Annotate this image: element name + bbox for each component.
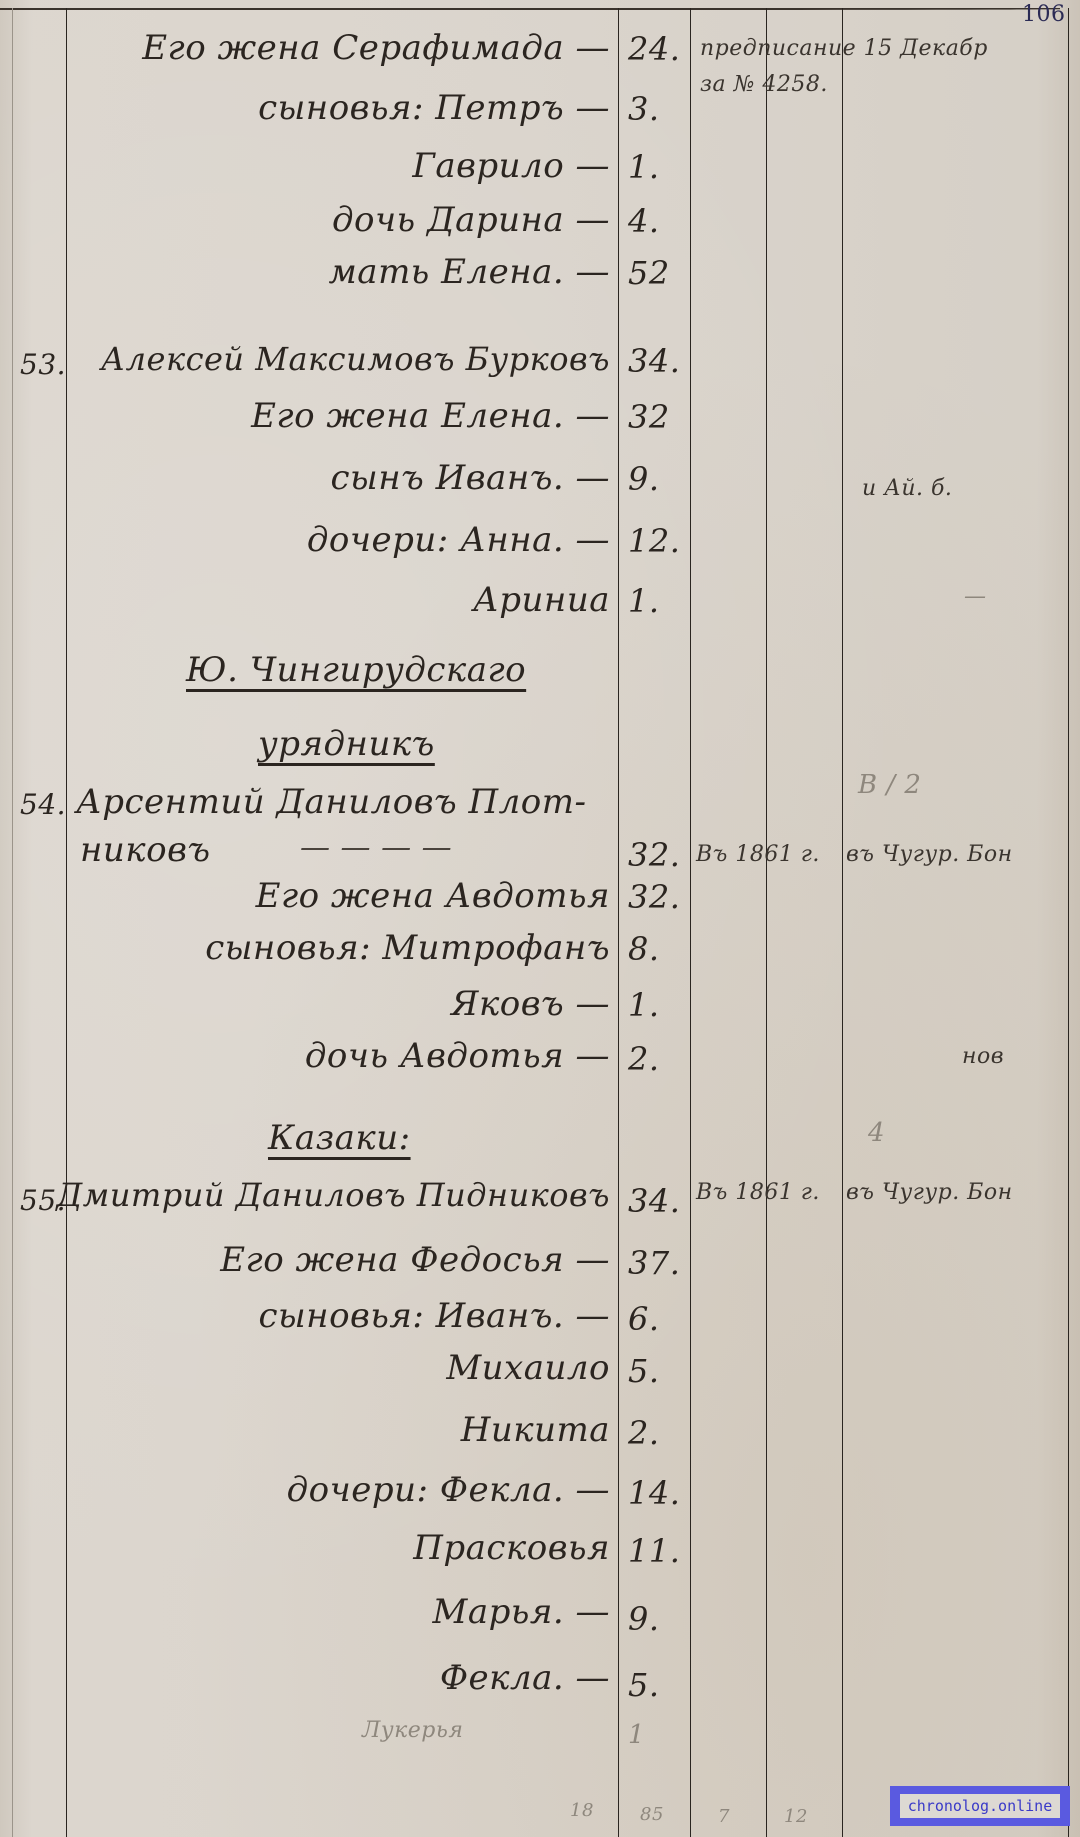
col3-note: Въ 1861 г. xyxy=(696,842,820,867)
entry-name: мать Елена. — xyxy=(329,252,610,292)
entry-age: 3. xyxy=(628,90,660,128)
entry-age: 1. xyxy=(628,148,660,186)
entry-name: Марья. — xyxy=(433,1592,611,1632)
age-column-rule xyxy=(690,8,691,1837)
column-total: 7 xyxy=(718,1806,730,1827)
entry-name: Его жена Авдотья xyxy=(256,876,610,916)
entry-age: 52 xyxy=(628,254,670,292)
top-border-rule xyxy=(0,8,1060,10)
name-column-rule xyxy=(618,8,619,1837)
entry-age: 9. xyxy=(628,460,660,498)
entry-age: 5. xyxy=(628,1666,660,1704)
entry-age: 4. xyxy=(628,202,660,240)
top-note-line1: предписание 15 Декабр xyxy=(700,36,988,61)
entry-name: Его жена Федосья — xyxy=(220,1240,610,1280)
watermark-badge: chronolog.online xyxy=(890,1786,1070,1826)
left-edge-rule xyxy=(12,8,13,1837)
page-number: 106 xyxy=(1022,2,1066,27)
document-page: 106 предписание 15 Декабр за № 4258. Его… xyxy=(0,0,1080,1837)
entry-age: 2. xyxy=(628,1414,660,1452)
entry-age: 11. xyxy=(628,1532,680,1570)
entry-name: дочь Авдотья — xyxy=(305,1036,610,1076)
entry-age: 1. xyxy=(628,582,660,620)
rownum-column-rule xyxy=(66,8,67,1837)
entry-age: 2. xyxy=(628,1040,660,1078)
entry-age: 34. xyxy=(628,342,680,380)
entry-name-line2: никовъ xyxy=(80,830,211,870)
entry-name: Никита xyxy=(461,1410,610,1450)
entry-age: 8. xyxy=(628,930,660,968)
pencil-mark: 4 xyxy=(868,1118,885,1148)
watermark-text: chronolog.online xyxy=(900,1794,1061,1818)
col4-note: въ Чугур. Бон xyxy=(846,1180,1013,1205)
entry-name: Яковъ — xyxy=(451,984,610,1024)
entry-age: 34. xyxy=(628,1182,680,1220)
entry-name: сынъ Иванъ. — xyxy=(331,458,610,498)
section-heading: Казаки: xyxy=(268,1118,411,1158)
entry-name: сыновья: Митрофанъ xyxy=(205,928,610,968)
entry-name: Алексей Максимовъ Бурковъ xyxy=(101,340,610,378)
col3-note: Въ 1861 г. xyxy=(696,1180,820,1205)
column-total: 12 xyxy=(784,1806,808,1827)
row-number: 54. xyxy=(20,788,66,821)
entry-age-pencil: 1 xyxy=(628,1720,645,1750)
column-total: 18 xyxy=(570,1800,594,1821)
col4-note: въ Чугур. Бон xyxy=(846,842,1013,867)
margin-note: и Ай. б. xyxy=(862,476,952,501)
col3-rule xyxy=(766,8,767,1837)
entry-name: сыновья: Петръ — xyxy=(258,88,610,128)
entry-name: дочери: Фекла. — xyxy=(287,1470,610,1510)
entry-age: 32. xyxy=(628,878,680,916)
right-edge-rule xyxy=(1068,8,1069,1837)
entry-name: Фекла. — xyxy=(440,1658,610,1698)
entry-name: Его жена Елена. — xyxy=(251,396,610,436)
row-number: 53. xyxy=(20,348,66,381)
entry-name: Ариниа xyxy=(473,580,610,620)
entry-age: 5. xyxy=(628,1352,660,1390)
entry-age: 1. xyxy=(628,986,660,1024)
entry-name-pencil: Лукерья xyxy=(362,1718,463,1743)
margin-note: нов xyxy=(962,1044,1004,1069)
entry-name: Дмитрий Даниловъ Пидниковъ xyxy=(56,1176,610,1214)
entry-name: Гаврило — xyxy=(412,146,610,186)
entry-age: 37. xyxy=(628,1244,680,1282)
section-heading: Ю. Чингирудскаго xyxy=(186,650,526,690)
entry-age: 32. xyxy=(628,836,680,874)
dash-leader: — — — — xyxy=(300,830,452,865)
pencil-mark: В / 2 xyxy=(858,770,921,800)
entry-name: Михаило xyxy=(446,1348,610,1388)
column-total: 85 xyxy=(640,1804,664,1825)
col4-rule xyxy=(842,8,843,1837)
entry-age: 12. xyxy=(628,522,680,560)
entry-name-line1: Арсентий Даниловъ Плот- xyxy=(76,782,587,822)
entry-age: 32 xyxy=(628,398,670,436)
entry-age: 6. xyxy=(628,1300,660,1338)
top-note-line2: за № 4258. xyxy=(700,72,828,97)
entry-name: Его жена Серафимада — xyxy=(142,28,610,68)
margin-dash: — xyxy=(964,584,987,609)
entry-name: дочери: Анна. — xyxy=(307,520,610,560)
entry-age: 9. xyxy=(628,1600,660,1638)
entry-name: дочь Дарина — xyxy=(332,200,610,240)
entry-age: 14. xyxy=(628,1474,680,1512)
entry-age: 24. xyxy=(628,30,680,68)
entry-name: Прасковья xyxy=(413,1528,610,1568)
entry-name: сыновья: Иванъ. — xyxy=(258,1296,610,1336)
section-subheading: урядникъ xyxy=(258,724,435,764)
